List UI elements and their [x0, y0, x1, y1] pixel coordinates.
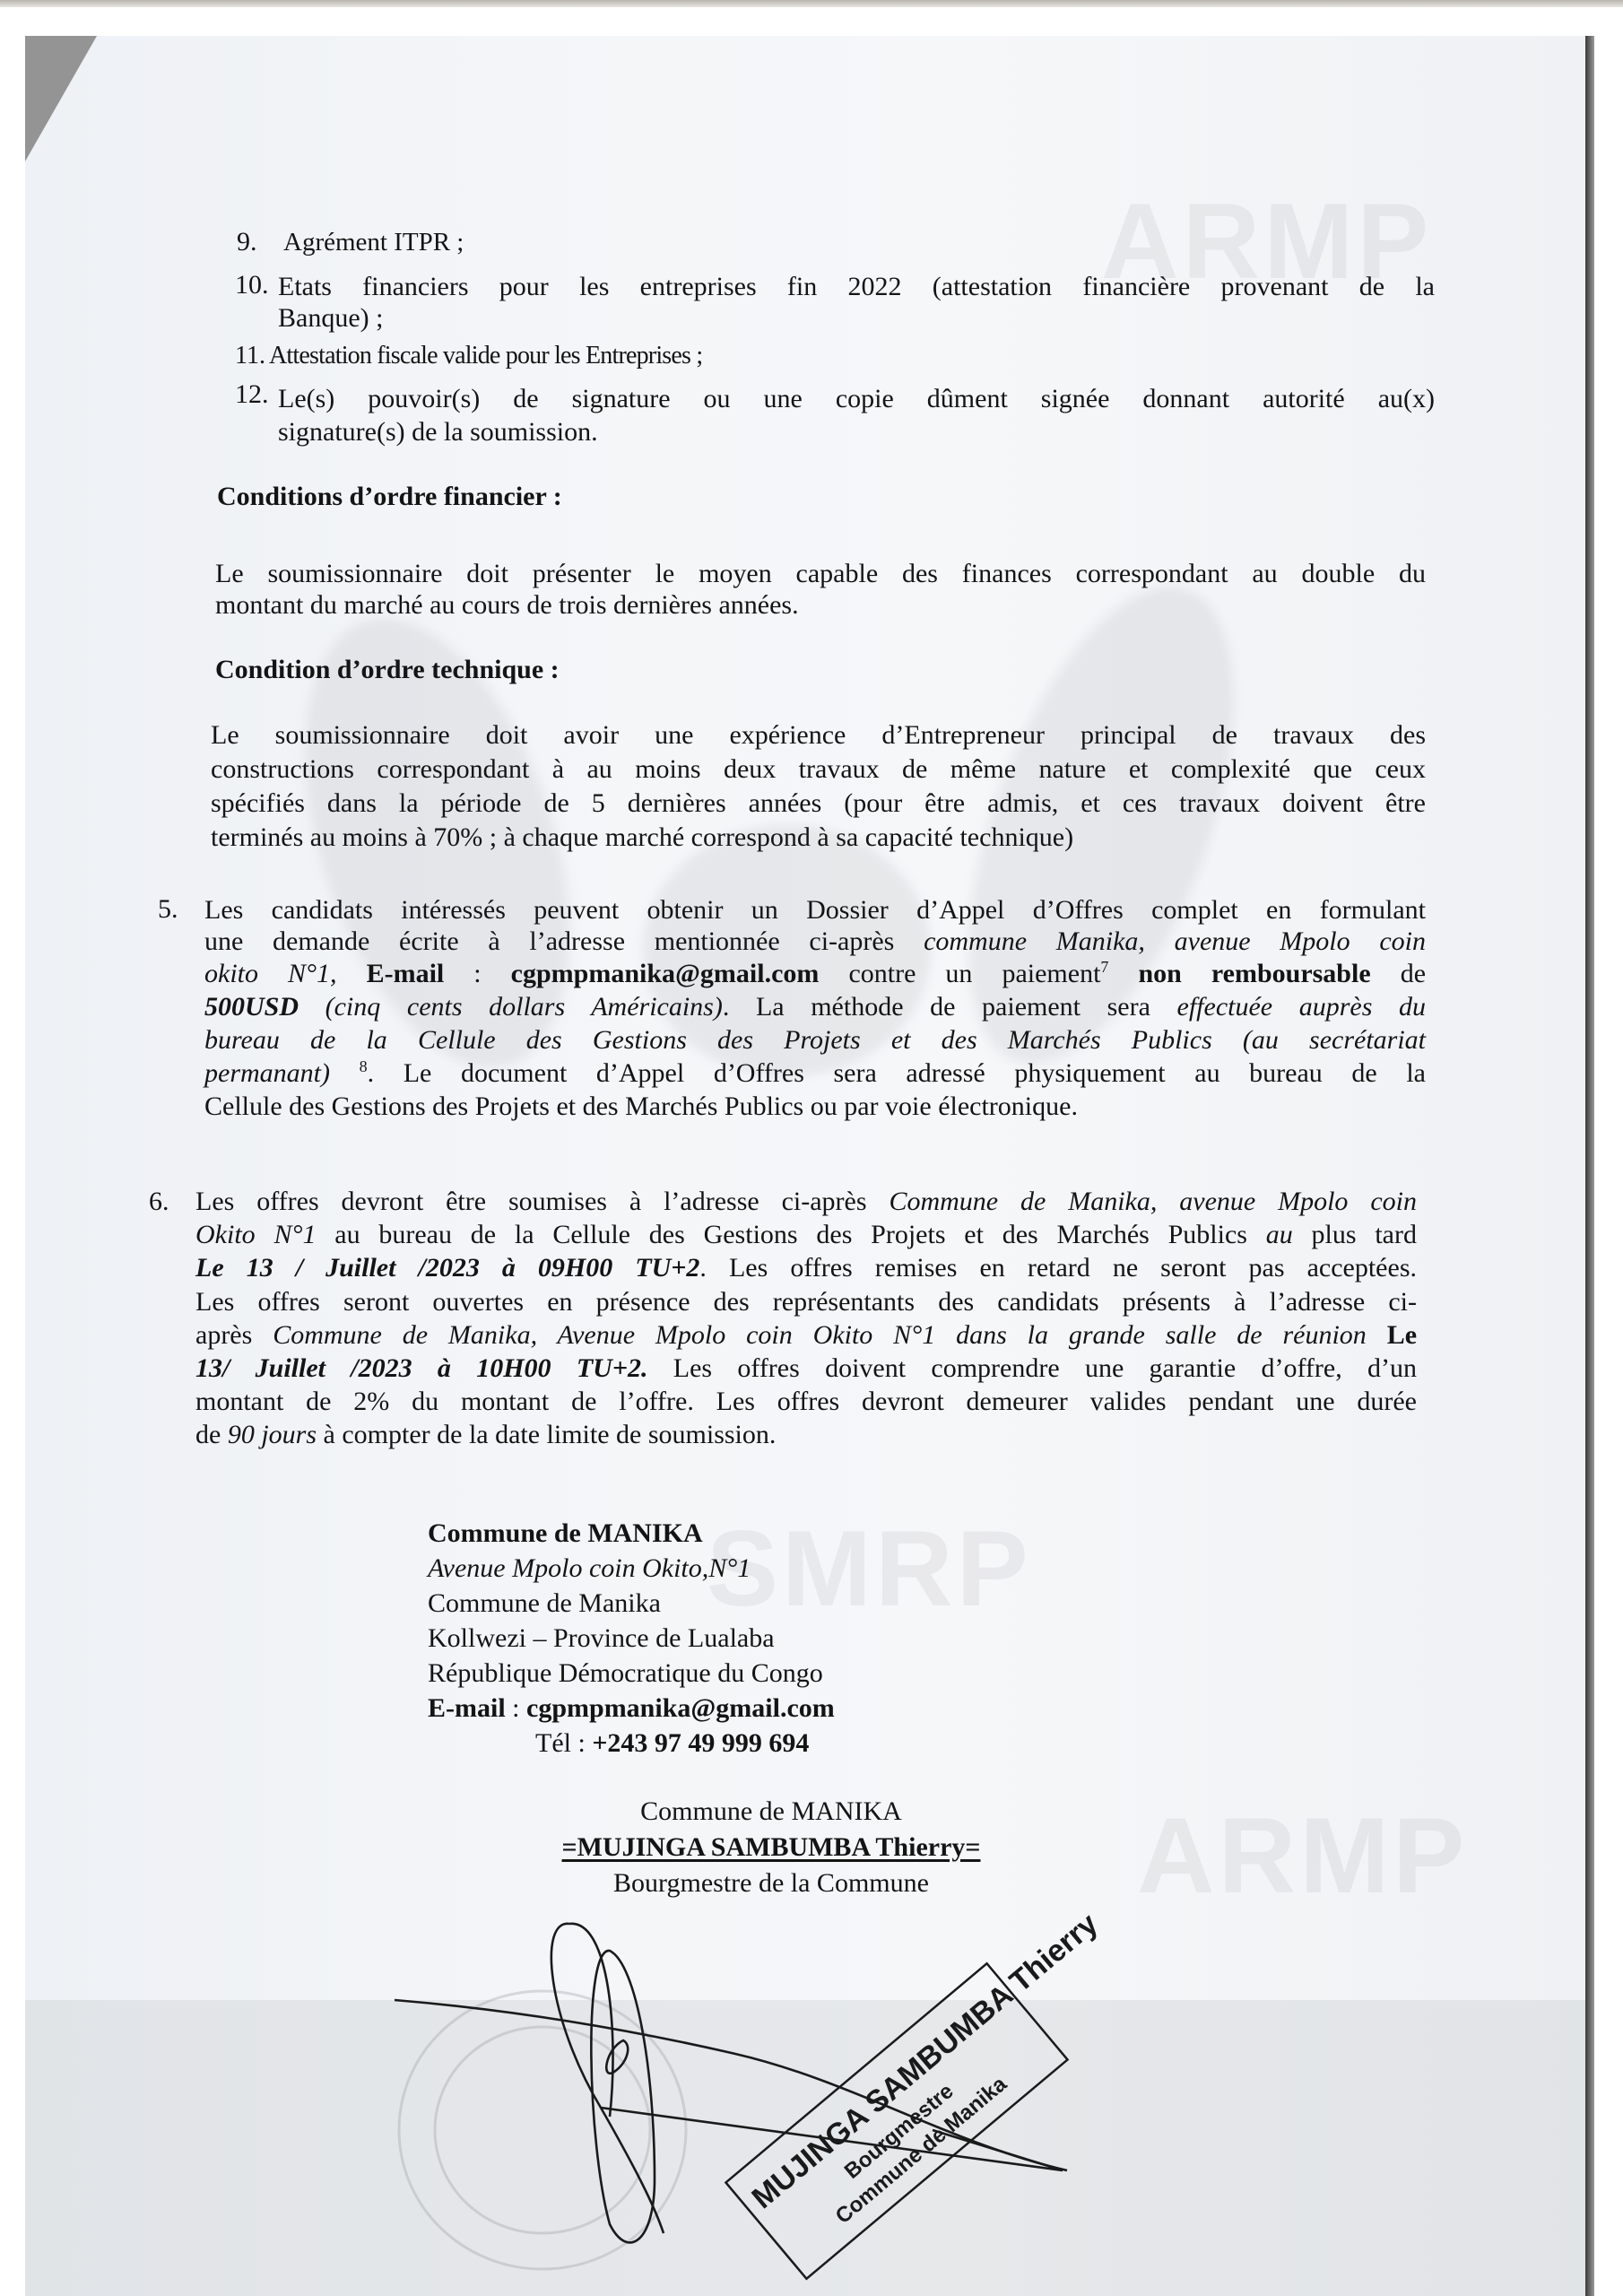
folded-corner [25, 36, 97, 161]
section5-text: bureau de la Cellule des Gestions des Pr… [204, 1022, 1426, 1058]
list-item-number: 12. [235, 377, 269, 413]
signature-and-stamp: MUJINGA SAMBUMBA Thierry Bourgmestre Com… [395, 1910, 1157, 2287]
section5-text: Les candidats intéressés peuvent obtenir… [204, 892, 1426, 928]
list-item: Attestation fiscale valide pour les Entr… [269, 338, 702, 374]
address-city: Kollwezi – Province de Lualaba [428, 1621, 835, 1656]
address-block: Commune de MANIKA Avenue Mpolo coin Okit… [428, 1516, 835, 1761]
signature-org: Commune de MANIKA [502, 1794, 1040, 1830]
section6-text: 13/ Juillet /2023 à 10H00 TU+2. Les offr… [195, 1351, 1417, 1387]
section6-text: Les offres seront ouvertes en présence d… [195, 1284, 1417, 1320]
list-item-number: 10. [235, 267, 269, 303]
section6-text: montant de 2% du montant de l’offre. Les… [195, 1384, 1417, 1420]
section-number: 6. [149, 1184, 169, 1220]
submission-deadline: Le 13 / Juillet /2023 à 09H00 TU+2 [195, 1253, 699, 1283]
section5-text: 500USD (cinq cents dollars Américains). … [204, 989, 1426, 1025]
section6-text: de 90 jours à compter de la date limite … [195, 1417, 776, 1453]
scan-top-edge [0, 0, 1623, 7]
section6-text: Okito N°1 au bureau de la Cellule des Ge… [195, 1217, 1417, 1253]
address-email: E-mail : cgpmpmanika@gmail.com [428, 1691, 835, 1726]
email-link[interactable]: cgpmpmanika@gmail.com [511, 959, 820, 988]
technical-conditions-heading: Condition d’ordre technique : [215, 652, 560, 688]
name-stamp-icon: MUJINGA SAMBUMBA Thierry Bourgmestre Com… [725, 1910, 1151, 2279]
opening-date: 13/ Juillet /2023 à 10H00 TU+2. [195, 1353, 647, 1383]
section6-text: Le 13 / Juillet /2023 à 09H00 TU+2. Les … [195, 1250, 1417, 1286]
financial-conditions-heading: Conditions d’ordre financier : [217, 479, 562, 515]
technical-conditions-text: spécifiés dans la période de 5 dernières… [211, 786, 1426, 822]
section6-text: Les offres devront être soumises à l’adr… [195, 1184, 1417, 1220]
financial-conditions-text: Le soumissionnaire doit présenter le moy… [215, 556, 1426, 592]
signatory-name: =MUJINGA SAMBUMBA Thierry= [502, 1830, 1040, 1865]
technical-conditions-text: Le soumissionnaire doit avoir une expéri… [211, 717, 1426, 753]
address-org: Commune de MANIKA [428, 1516, 835, 1551]
technical-conditions-text: constructions correspondant à au moins d… [211, 752, 1426, 787]
list-item: Le(s) pouvoir(s) de signature ou une cop… [278, 381, 1435, 417]
handwritten-signature-icon [395, 1924, 1067, 2243]
list-item: Etats financiers pour les entreprises fi… [278, 269, 1435, 305]
financial-conditions-text: montant du marché au cours de trois dern… [215, 587, 799, 623]
section5-text: une demande écrite à l’adresse mentionné… [204, 924, 1426, 960]
list-item-continuation: Banque) ; [278, 300, 383, 336]
section-number: 5. [158, 891, 178, 927]
technical-conditions-text: terminés au moins à 70% ; à chaque march… [211, 820, 1073, 856]
address-street: Avenue Mpolo coin Okito,N°1 [428, 1551, 835, 1586]
email-link[interactable]: cgpmpmanika@gmail.com [526, 1693, 835, 1723]
address-country: République Démocratique du Congo [428, 1656, 835, 1691]
list-item: Agrément ITPR ; [283, 224, 464, 260]
signature-block: Commune de MANIKA =MUJINGA SAMBUMBA Thie… [502, 1794, 1040, 1901]
list-item-number: 9. [237, 224, 257, 260]
scan-right-edge [1585, 36, 1594, 2296]
section5-text: permanant) 8. Le document d’Appel d’Offr… [204, 1056, 1426, 1091]
section5-text: Cellule des Gestions des Projets et des … [204, 1089, 1078, 1125]
section6-text: après Commune de Manika, Avenue Mpolo co… [195, 1318, 1417, 1353]
address-phone: Tél : +243 97 49 999 694 [428, 1726, 835, 1761]
section5-text: okito N°1, E-mail : cgpmpmanika@gmail.co… [204, 956, 1426, 992]
watermark-text: ARMP [1137, 1794, 1468, 1918]
address-commune: Commune de Manika [428, 1586, 835, 1621]
signatory-title: Bourgmestre de la Commune [502, 1865, 1040, 1901]
list-item-number: 11. [235, 338, 265, 374]
list-item-continuation: signature(s) de la soumission. [278, 414, 598, 450]
